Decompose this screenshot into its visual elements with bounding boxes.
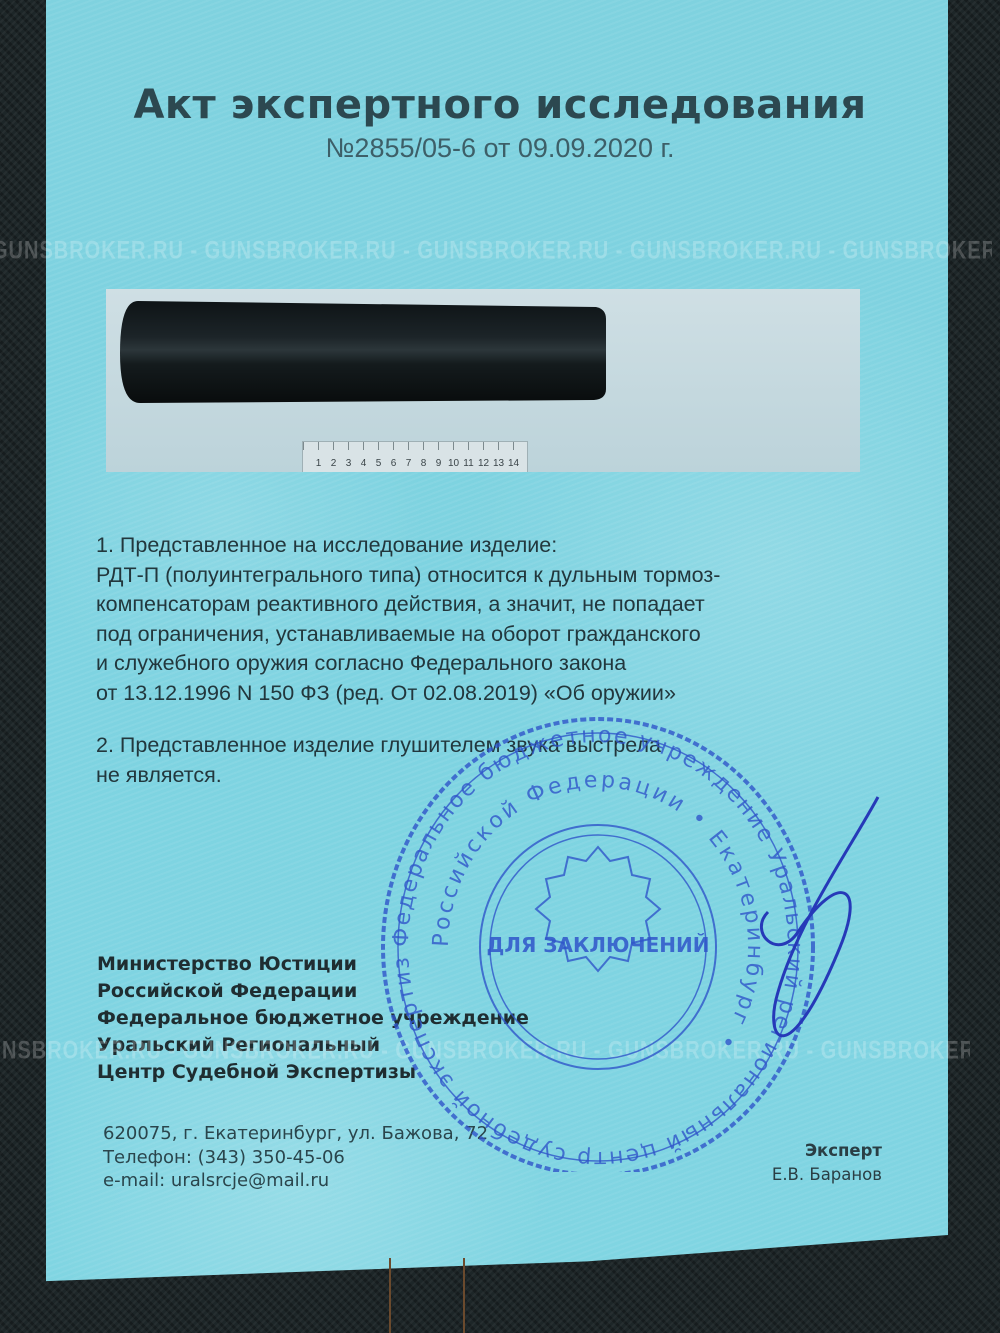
ruler-tick: 8 — [416, 458, 431, 472]
document-number-date: №2855/05-6 от 09.09.2020 г. — [0, 133, 1000, 164]
ruler-tick: 1 — [311, 458, 326, 472]
ruler-tick: 10 — [446, 458, 461, 472]
ruler-tick: 3 — [341, 458, 356, 472]
contacts-block: 620075, г. Екатеринбург, ул. Бажова, 72 … — [103, 1122, 488, 1193]
thread-decoration — [463, 1258, 465, 1333]
phone: Телефон: (343) 350-45-06 — [103, 1146, 488, 1170]
text-line: от 13.12.1996 N 150 ФЗ (ред. От 02.08.20… — [96, 679, 916, 709]
product-photo: 1 2 3 4 5 6 7 8 9 10 11 12 13 14 — [106, 289, 860, 472]
ruler-tick: 11 — [461, 458, 476, 472]
address: 620075, г. Екатеринбург, ул. Бажова, 72 — [103, 1122, 488, 1146]
expert-block: Эксперт Е.В. Баранов — [772, 1139, 882, 1187]
watermark-top: GUNSBROKER.RU - GUNSBROKER.RU - GUNSBROK… — [0, 237, 992, 266]
watermark-bottom: GUNSBROKER.RU - GUNSBROKER.RU - GUNSBROK… — [0, 1037, 970, 1066]
org-line: Российской Федерации — [97, 978, 529, 1005]
expert-role: Эксперт — [772, 1139, 882, 1163]
org-line: Федеральное бюджетное учреждение — [97, 1005, 529, 1032]
ruler-tick: 5 — [371, 458, 386, 472]
expert-name: Е.В. Баранов — [772, 1163, 882, 1187]
text-line: не является. — [96, 761, 916, 791]
ruler-tick: 7 — [401, 458, 416, 472]
ruler-tick: 12 — [476, 458, 491, 472]
thread-decoration — [389, 1258, 391, 1333]
ruler-tick: 9 — [431, 458, 446, 472]
text-line: 2. Представленное изделие глушителем зву… — [96, 731, 916, 761]
finding-paragraph-1: 1. Представленное на исследование издели… — [96, 531, 916, 708]
device-image — [116, 297, 606, 407]
text-line: под ограничения, устанавливаемые на обор… — [96, 620, 916, 650]
finding-paragraph-2: 2. Представленное изделие глушителем зву… — [96, 731, 916, 790]
measurement-ruler: 1 2 3 4 5 6 7 8 9 10 11 12 13 14 — [302, 441, 528, 472]
text-line: и служебного оружия согласно Федеральног… — [96, 649, 916, 679]
text-line: 1. Представленное на исследование издели… — [96, 531, 916, 561]
ruler-tick: 6 — [386, 458, 401, 472]
ruler-tick: 4 — [356, 458, 371, 472]
ruler-tick: 2 — [326, 458, 341, 472]
text-line: РДТ-П (полуинтегрального типа) относится… — [96, 561, 916, 591]
text-line: компенсаторам реактивного действия, а зн… — [96, 590, 916, 620]
ruler-tick: 14 — [506, 458, 521, 472]
document-title: Акт экспертного исследования — [0, 82, 1000, 128]
ruler-tick: 13 — [491, 458, 506, 472]
org-line: Министерство Юстиции — [97, 951, 529, 978]
email: e-mail: uralsrcje@mail.ru — [103, 1169, 488, 1193]
